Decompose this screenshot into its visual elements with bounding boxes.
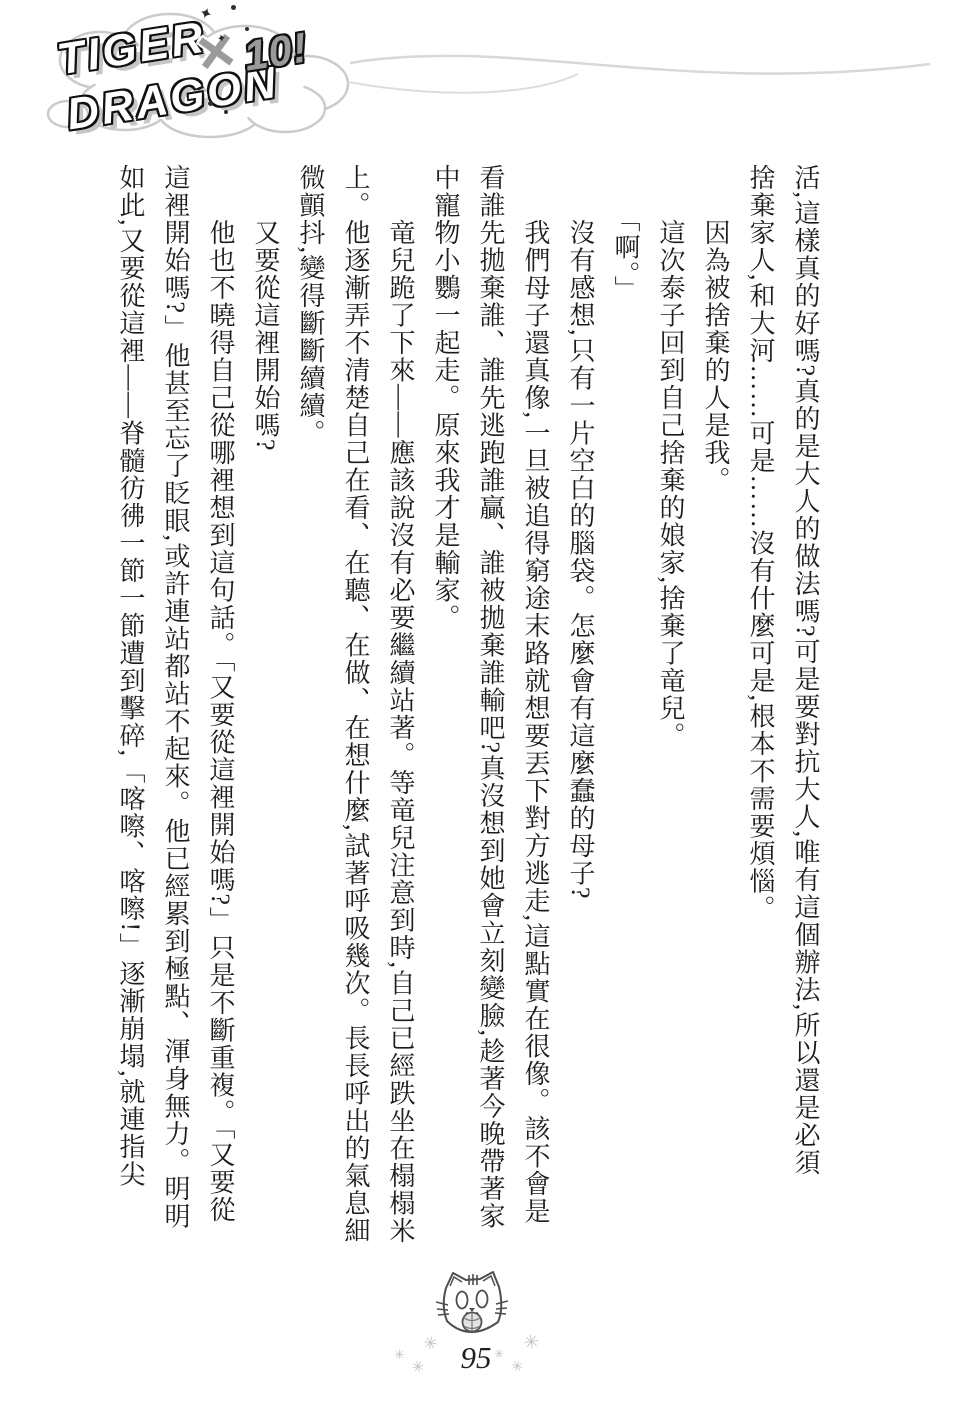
text-column: 中寵物小鸚一起走。原來我才是輸家。 — [423, 164, 468, 1268]
text-column: 因為被捨棄的人是我。 — [693, 164, 738, 1268]
text-column: 「啊。」 — [603, 164, 648, 1268]
text-column: 上。他逐漸弄不清楚自己在看、在聽、在做、在想什麼,試著呼吸幾次。長長呼出的氣息細 — [333, 164, 378, 1268]
text-column: 我們母子還真像,一旦被追得窮途末路就想要丟下對方逃走,這點實在很像。該不會是 — [513, 164, 558, 1268]
star-icon: ✳ — [523, 1333, 540, 1353]
text-column: 微顫抖,變得斷斷續續。 — [288, 164, 333, 1268]
novel-text: 活,這樣真的好嗎?真的是大人的做法嗎?可是要對抗大人,唯有這個辦法,所以還是必須… — [104, 164, 828, 1268]
star-icon: ✳ — [422, 1335, 439, 1354]
cat-illustration — [436, 1268, 508, 1340]
star-icon: ✳ — [494, 1348, 504, 1360]
logo-number: 10! — [241, 23, 311, 80]
text-column: 活,這樣真的好嗎?真的是大人的做法嗎?可是要對抗大人,唯有這個辦法,所以還是必須 — [783, 164, 828, 1268]
swoosh-line-small — [348, 74, 578, 93]
text-column: 這次泰子回到自己捨棄的娘家,捨棄了竜兒。 — [648, 164, 693, 1268]
novel-page: TIGER × DRAGON 10! ✦ ✦ 活,這樣真的好嗎?真的是大人的做法… — [0, 0, 960, 1411]
text-column: 捨棄家人,和大河……可是……沒有什麼可是,根本不需要煩惱。 — [738, 164, 783, 1268]
swoosh-line — [350, 56, 930, 74]
dot-decoration — [224, 110, 228, 114]
text-column: 竜兒跪了下來——應該說沒有必要繼續站著。等竜兒注意到時,自己已經跌坐在榻榻米 — [378, 164, 423, 1268]
dot-decoration — [231, 5, 236, 10]
sparkle-icon: ✦ — [216, 32, 227, 45]
text-column: 如此,又要從這裡——脊髓彷彿一節一節遭到擊碎,「喀嚓、喀嚓!」逐漸崩塌,就連指尖 — [108, 164, 153, 1268]
text-column: 又要從這裡開始嗎? — [243, 164, 288, 1268]
text-column: 這裡開始嗎?」他甚至忘了眨眼,或許連站都站不起來。他已經累到極點、渾身無力。明明 — [153, 164, 198, 1268]
star-icon: ✳ — [410, 1359, 426, 1377]
logo: TIGER × DRAGON 10! ✦ ✦ — [0, 0, 960, 170]
text-column: 他也不曉得自己從哪裡想到這句話。「又要從這裡開始嗎?」只是不斷重複。「又要從 — [198, 164, 243, 1268]
star-icon: ✳ — [509, 1359, 524, 1376]
text-column: 沒有感想,只有一片空白的腦袋。怎麼會有這麼蠢的母子? — [558, 164, 603, 1268]
star-icon: ✳ — [394, 1349, 405, 1362]
text-column: 看誰先拋棄誰、誰先逃跑誰贏、誰被拋棄誰輸吧?真沒想到她會立刻變臉,趁著今晚帶著家 — [468, 164, 513, 1268]
dot-decoration — [245, 27, 249, 31]
dot-decoration — [208, 101, 213, 106]
